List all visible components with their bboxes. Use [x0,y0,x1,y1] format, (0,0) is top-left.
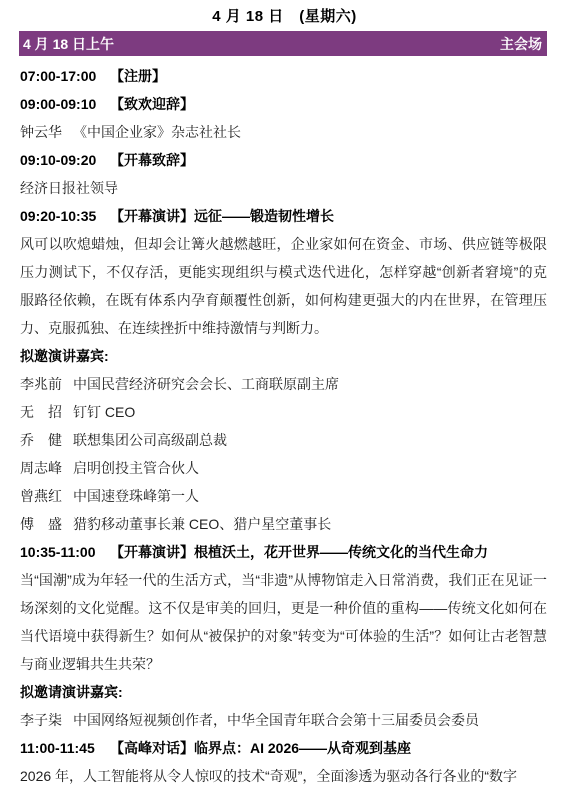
guest-name: 乔 健 [20,426,73,454]
session-time: 09:00-09:10 [20,90,110,118]
session-header-period: 4 月 18 日上午 [23,34,114,54]
guest-row: 李子柒中国网络短视频创作者，中华全国青年联合会第十三届委员会委员 [20,706,547,734]
session-row: 10:35-11:00【开幕演讲】根植沃土，花开世界——传统文化的当代生命力 [20,538,547,566]
speaker-row: 钟云华《中国企业家》杂志社社长 [20,118,547,146]
speaker-desc: 《中国企业家》杂志社社长 [73,124,241,140]
page-title: 4 月 18 日 (星期六) [0,0,569,27]
session-row: 09:00-09:10【致欢迎辞】 [20,90,547,118]
schedule-list: 07:00-17:00【注册】 09:00-09:10【致欢迎辞】 钟云华《中国… [20,62,547,790]
session-description: 当“国潮”成为年轻一代的生活方式，当“非遗”从博物馆走入日常消费，我们正在见证一… [20,566,547,678]
session-title: 【开幕致辞】 [110,152,194,168]
session-time: 07:00-17:00 [20,62,110,90]
guest-desc: 中国网络短视频创作者，中华全国青年联合会第十三届委员会委员 [73,712,479,728]
guests-label: 拟邀请演讲嘉宾: [20,678,547,706]
guest-desc: 中国民营经济研究会会长、工商联原副主席 [73,376,339,392]
guest-desc: 猎豹移动董事长兼 CEO、猎户星空董事长 [73,516,331,532]
guest-name: 无 招 [20,398,73,426]
agenda-page: 4 月 18 日 (星期六) 4 月 18 日上午 主会场 07:00-17:0… [0,0,569,798]
session-row: 09:10-09:20【开幕致辞】 [20,146,547,174]
session-title: 【高峰对话】临界点：AI 2026——从奇观到基座 [110,740,411,756]
guest-row: 曾燕红中国速登珠峰第一人 [20,482,547,510]
speaker-name: 钟云华 [20,118,73,146]
guest-name: 周志峰 [20,454,73,482]
session-title: 【致欢迎辞】 [110,96,194,112]
session-row: 09:20-10:35【开幕演讲】远征——锻造韧性增长 [20,202,547,230]
session-time: 10:35-11:00 [20,538,110,566]
guest-name: 李兆前 [20,370,73,398]
session-row: 11:00-11:45【高峰对话】临界点：AI 2026——从奇观到基座 [20,734,547,762]
guest-desc: 联想集团公司高级副总裁 [73,432,227,448]
session-header-bar: 4 月 18 日上午 主会场 [19,31,547,56]
session-title: 【开幕演讲】根植沃土，花开世界——传统文化的当代生命力 [110,544,488,560]
session-header-venue: 主会场 [500,34,542,54]
guest-row: 乔 健联想集团公司高级副总裁 [20,426,547,454]
guest-row: 李兆前中国民营经济研究会会长、工商联原副主席 [20,370,547,398]
session-description: 风可以吹熄蜡烛，但却会让篝火越燃越旺，企业家如何在资金、市场、供应链等极限压力测… [20,230,547,342]
session-description: 2026 年，人工智能将从令人惊叹的技术“奇观”，全面渗透为驱动各行各业的“数字 [20,762,547,790]
guest-desc: 钉钉 CEO [73,404,135,420]
guest-name: 李子柒 [20,706,73,734]
guest-name: 傅 盛 [20,510,73,538]
session-note: 经济日报社领导 [20,174,547,202]
session-title: 【注册】 [110,68,166,84]
guest-desc: 启明创投主管合伙人 [73,460,199,476]
guest-row: 傅 盛猎豹移动董事长兼 CEO、猎户星空董事长 [20,510,547,538]
guest-row: 无 招钉钉 CEO [20,398,547,426]
guest-row: 周志峰启明创投主管合伙人 [20,454,547,482]
guest-name: 曾燕红 [20,482,73,510]
session-row: 07:00-17:00【注册】 [20,62,547,90]
session-time: 09:20-10:35 [20,202,110,230]
guest-desc: 中国速登珠峰第一人 [73,488,199,504]
session-title: 【开幕演讲】远征——锻造韧性增长 [110,208,334,224]
guests-label: 拟邀演讲嘉宾: [20,342,547,370]
session-time: 11:00-11:45 [20,734,110,762]
session-time: 09:10-09:20 [20,146,110,174]
